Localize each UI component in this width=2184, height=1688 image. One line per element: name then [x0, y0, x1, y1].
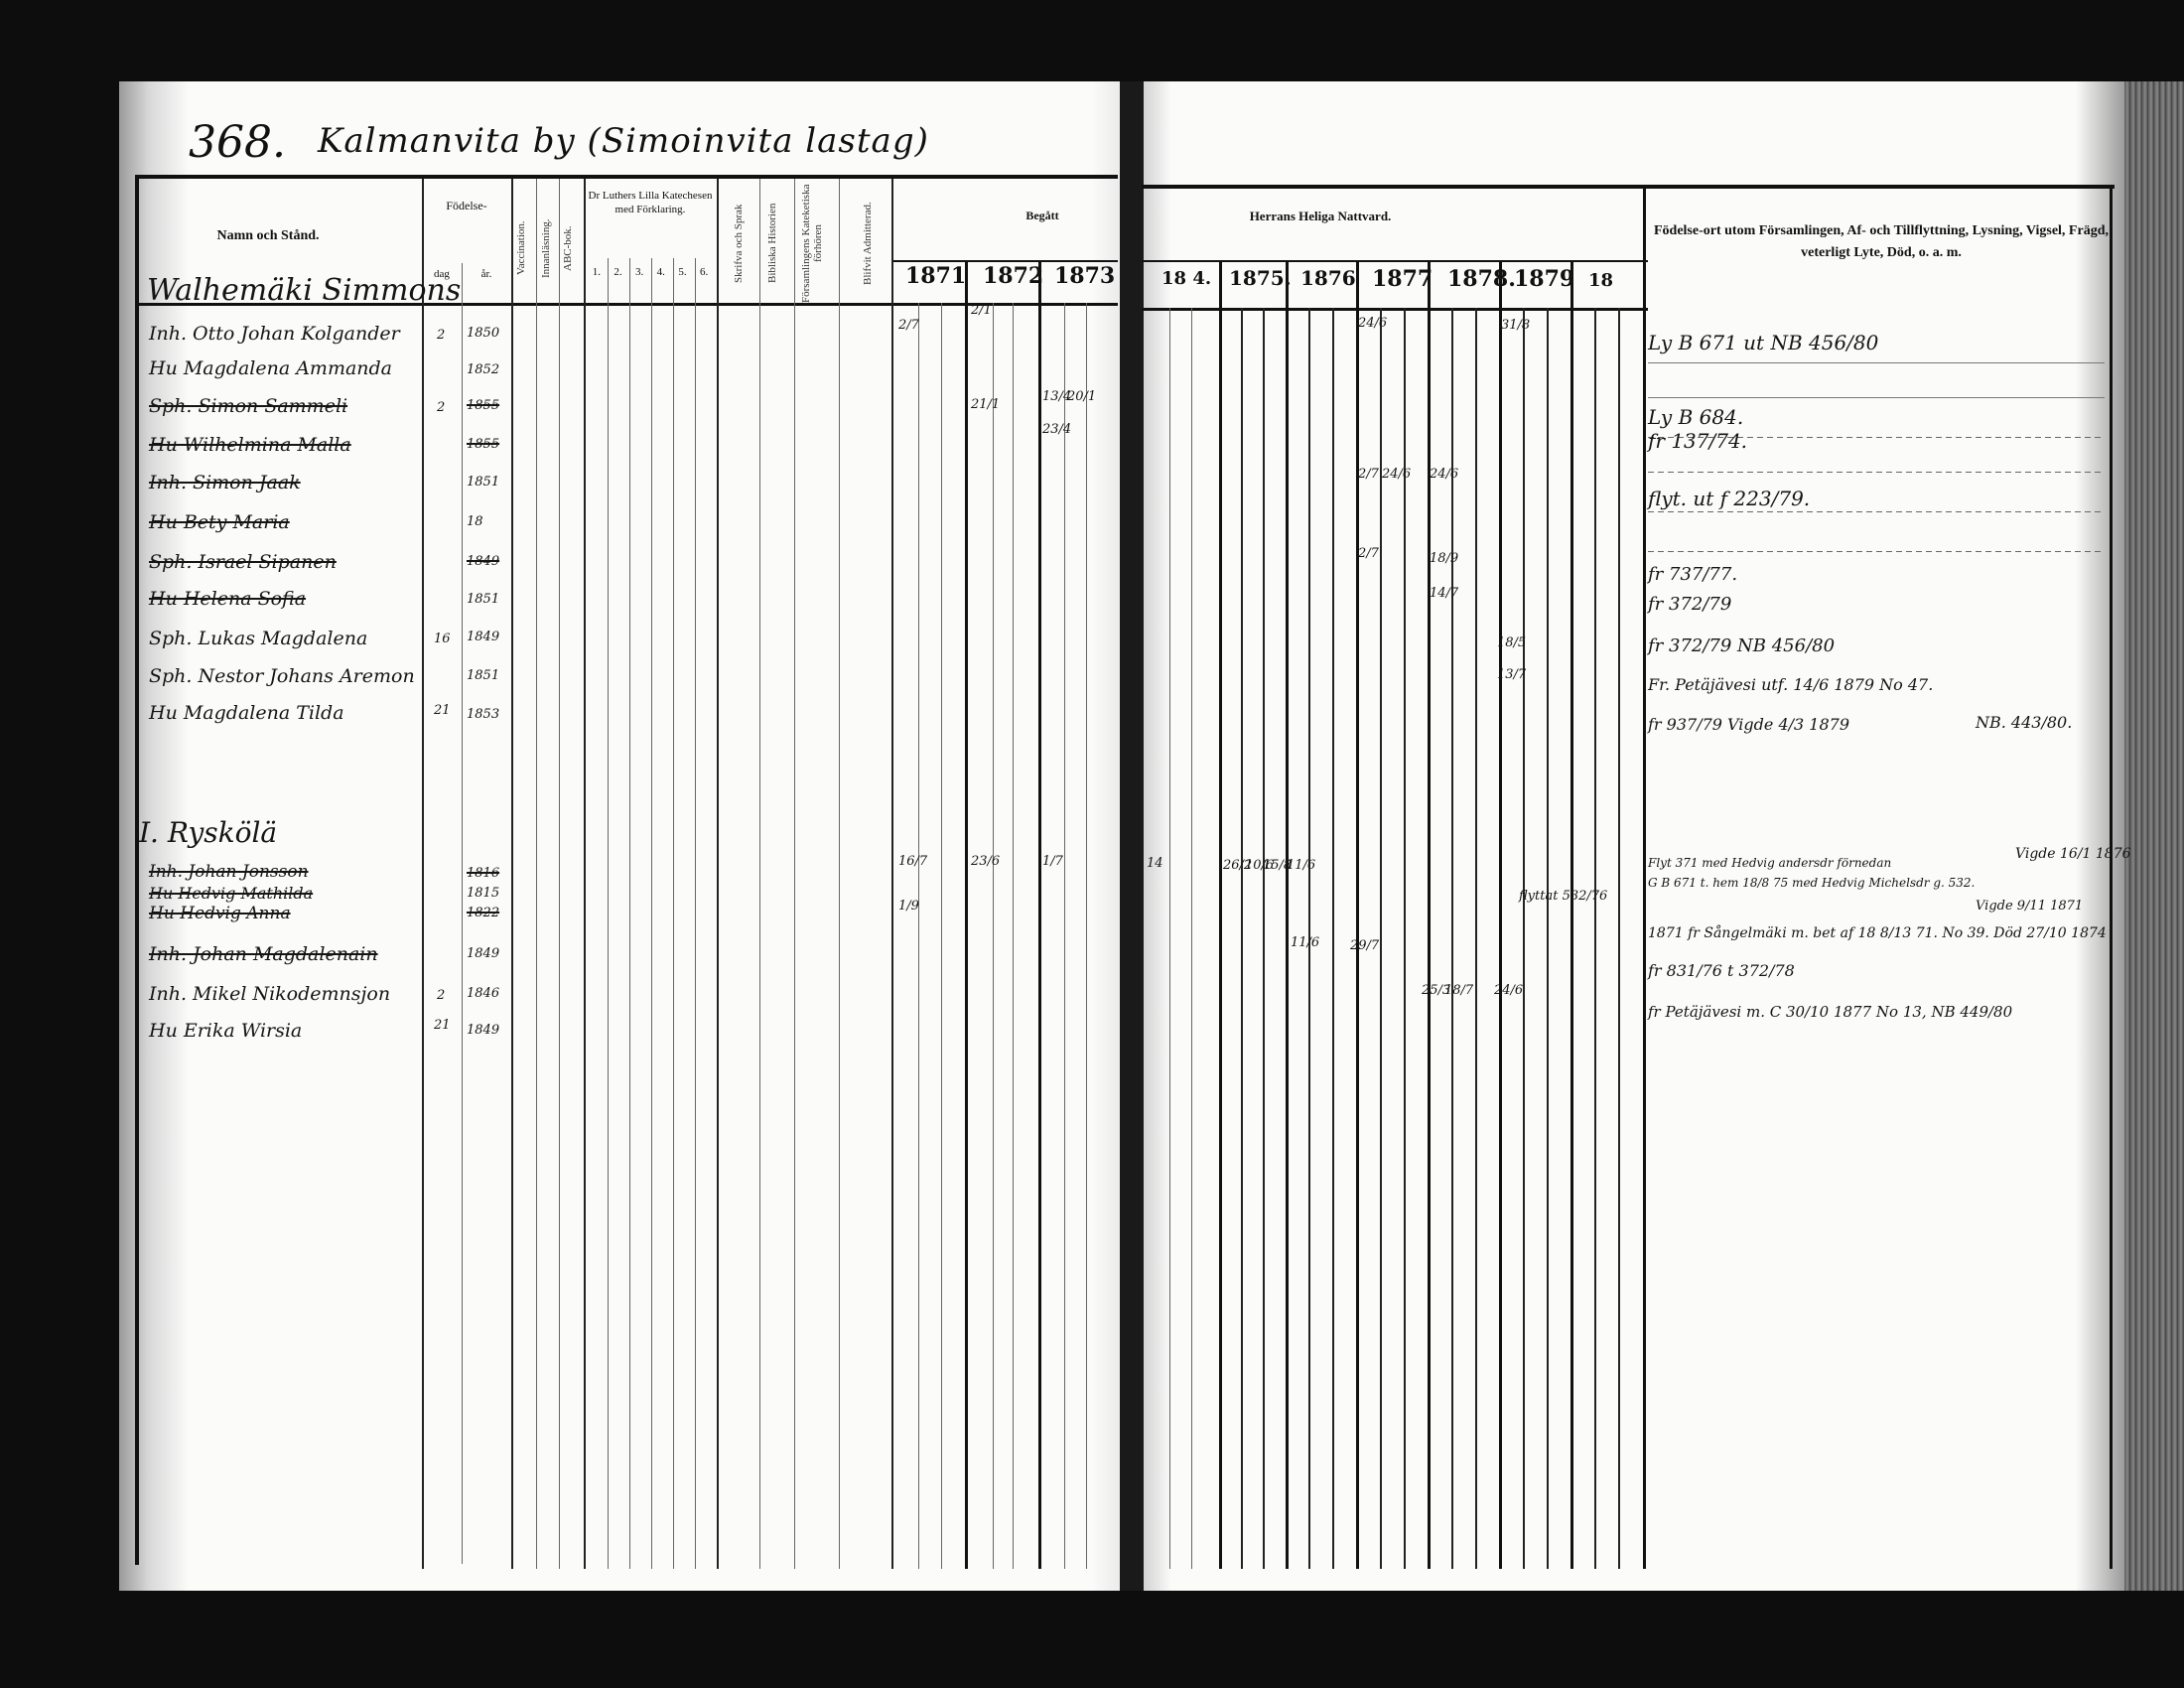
row-rule [1648, 511, 2105, 512]
col-line [462, 263, 463, 1564]
birth-year: 18 [467, 514, 483, 529]
bible-history-header: Bibliska Historien [766, 184, 778, 303]
birth-year: 1855 [467, 437, 499, 452]
birth-day: 21 [434, 703, 451, 718]
col-line [759, 179, 760, 1569]
begatt-header: Begått [1003, 209, 1082, 223]
catechism-part: 4. [657, 266, 665, 278]
remark: Ly B 671 ut NB 456/80 [1648, 331, 1878, 354]
col-line [1241, 308, 1243, 1569]
person-name: Hu Magdalena Ammanda [149, 357, 392, 379]
communion-mark: 1/9 [898, 899, 919, 914]
col-line [1191, 308, 1192, 1569]
person-name: Sph. Lukas Magdalena [149, 628, 367, 649]
col-line [1570, 260, 1573, 1569]
communion-mark: 2/7 [1358, 546, 1379, 561]
col-line [673, 258, 674, 1569]
birth-day: 2 [437, 328, 445, 343]
birth-year: 1851 [467, 592, 499, 607]
abc-header: ABC-bok. [562, 194, 574, 303]
person-name: Sph. Israel Sipanen [149, 551, 337, 573]
page-edges [2124, 81, 2184, 1591]
birth-column-header: Födelse- [422, 199, 511, 213]
remark: fr 831/76 t 372/78 [1648, 961, 1795, 980]
communion-mark: 14/7 [1430, 586, 1458, 601]
birth-year: 1851 [467, 475, 499, 490]
row-rule [1648, 397, 2105, 398]
year-1876: 1876 [1300, 266, 1356, 290]
col-line [1547, 308, 1549, 1569]
person-name: Hu Helena Sofia [149, 588, 306, 610]
person-name: Sph. Simon Sammeli [149, 395, 347, 417]
col-line [422, 179, 424, 1569]
birth-year: 1849 [467, 946, 499, 961]
catechism-part: 1. [593, 266, 601, 278]
household-heading: I. Ryskölä [139, 816, 277, 849]
col-line [1618, 308, 1620, 1569]
communion-mark: 31/8 [1501, 318, 1530, 333]
birth-day: 2 [437, 988, 445, 1003]
col-line [1523, 308, 1525, 1569]
person-name: Hu Bety Maria [149, 511, 290, 533]
birth-year-header: år. [467, 268, 506, 280]
birth-year: 1850 [467, 326, 499, 341]
col-line [584, 179, 586, 1569]
remark: 1871 fr Sångelmäki m. bet af 18 8/13 71.… [1648, 925, 2107, 941]
col-line [1499, 260, 1502, 1569]
communion-header: Herrans Heliga Nattvard. [1211, 209, 1430, 224]
header-top-rule [135, 175, 1118, 179]
communion-mark: 23/4 [1042, 422, 1071, 437]
birth-year: 1851 [467, 668, 499, 683]
year-1873: 1873 [1054, 263, 1115, 289]
year-1875: 1875. [1229, 266, 1292, 290]
remark: flyt. ut f 223/79. [1648, 487, 1810, 510]
remarks-left-border [1643, 185, 1646, 1569]
col-line [965, 260, 968, 1569]
communion-mark: 18/7 [1444, 983, 1473, 998]
communion-mark: 11/6 [1287, 858, 1315, 873]
begatt-year-rule [893, 260, 1118, 262]
year-18-blank: 18 [1588, 270, 1613, 291]
communion-mark: 2/7 [1358, 467, 1379, 482]
remark: G B 671 t. hem 18/8 75 med Hedvig Michel… [1648, 876, 1975, 890]
remark: Flyt 371 med Hedvig andersdr förnedan [1648, 856, 1891, 870]
remark: fr Petäjävesi m. C 30/10 1877 No 13, NB … [1648, 1003, 2012, 1021]
col-line [1086, 303, 1087, 1569]
communion-mark: 11/6 [1291, 935, 1319, 950]
page-title: Kalmanvita by (Simoinvita lastag) [318, 121, 929, 161]
col-line [629, 258, 630, 1569]
year-1879: 1879 [1514, 266, 1574, 292]
row-rule [1648, 362, 2105, 363]
communion-mark: 18/5 [1497, 635, 1526, 650]
col-line [918, 303, 919, 1569]
row-rule [1648, 551, 2105, 552]
birth-year: 1816 [467, 866, 499, 881]
person-name: Inh. Johan Jonsson [149, 862, 309, 882]
catechism-part: 6. [700, 266, 708, 278]
col-line [1380, 308, 1382, 1569]
communion-mark: 24/6 [1430, 467, 1458, 482]
col-line [695, 258, 696, 1569]
birth-year: 1822 [467, 906, 499, 920]
remark: flyttat 532/76 [1519, 889, 1607, 904]
row-rule [1648, 472, 2105, 473]
year-1872: 1872 [983, 263, 1043, 289]
catechism-header: Dr Luthers Lilla Katechesen med Förklari… [586, 189, 715, 216]
col-line [1475, 308, 1477, 1569]
communion-mark: 1/7 [1042, 854, 1063, 869]
communion-mark: 16/7 [898, 854, 927, 869]
col-line [1064, 303, 1065, 1569]
col-line [1169, 308, 1170, 1569]
birth-year: 1849 [467, 1023, 499, 1038]
reading-header: Innanläsning. [540, 194, 552, 303]
col-line [1404, 308, 1406, 1569]
remark: fr 372/79 [1648, 594, 1731, 615]
col-line [993, 303, 994, 1569]
birth-day: 2 [437, 400, 445, 415]
remark: fr 937/79 Vigde 4/3 1879 [1648, 715, 1849, 734]
person-name: Hu Hedvig Mathilda [149, 884, 313, 903]
person-name: Hu Hedvig Anna [149, 904, 291, 923]
remarks-right-border [2110, 185, 2113, 1569]
col-line [794, 179, 795, 1569]
remarks-header: Födelse-ort utom Församlingen, Af- och T… [1648, 220, 2115, 264]
remark: fr 372/79 NB 456/80 [1648, 635, 1835, 656]
communion-mark: 2/1 [971, 303, 992, 318]
vaccination-header: Vaccination. [515, 194, 527, 303]
admitted-header: Blifvit Admitterad. [862, 184, 874, 303]
catechism-part: 2. [614, 266, 621, 278]
remark: Vigde 9/11 1871 [1976, 899, 2083, 914]
col-line [941, 303, 942, 1569]
col-line [511, 179, 513, 1569]
household-heading: Walhemäki Simmons [147, 273, 461, 308]
birth-year: 1849 [467, 554, 499, 569]
person-name: Sph. Nestor Johans Aremon [149, 665, 415, 687]
remark: NB. 443/80. [1976, 713, 2072, 732]
col-line [1286, 260, 1289, 1569]
birth-year: 1852 [467, 362, 499, 377]
year-1871: 1871 [905, 263, 966, 289]
year-1874: 18 4. [1161, 268, 1211, 289]
col-line [651, 258, 652, 1569]
person-name: Hu Wilhelmina Malla [149, 434, 351, 456]
col-line [1038, 260, 1041, 1569]
col-line [1428, 260, 1431, 1569]
col-line [1332, 308, 1334, 1569]
person-name: Inh. Otto Johan Kolgander [149, 323, 400, 345]
catechism-part: 5. [678, 266, 686, 278]
writing-header: Skrifva och Sprak [733, 184, 745, 303]
communion-mark: 14 [1147, 856, 1163, 871]
year-1877: 1877 [1372, 266, 1433, 292]
col-line [891, 179, 893, 1569]
catechism-part: 3. [635, 266, 643, 278]
person-name: Inh. Mikel Nikodemnsjon [149, 983, 390, 1005]
communion-mark: 24/6 [1494, 983, 1523, 998]
remark: fr 137/74. [1648, 429, 1747, 453]
birth-year: 1849 [467, 630, 499, 644]
year-1878: 1878. [1447, 266, 1516, 292]
col-line [1451, 308, 1453, 1569]
name-column-header: Namn och Stånd. [179, 228, 357, 244]
communion-mark: 23/6 [971, 854, 1000, 869]
col-line [1013, 303, 1014, 1569]
header-top-rule-right [1142, 185, 2115, 189]
communion-mark: 24/6 [1358, 316, 1387, 331]
book-spine [1120, 81, 1144, 1591]
communion-mark: 20/1 [1067, 389, 1096, 404]
birth-year: 1846 [467, 986, 499, 1001]
person-name: Inh. Johan Magdalenain [149, 943, 378, 965]
remark: Vigde 16/1 1876 [2015, 846, 2131, 862]
col-line [717, 179, 719, 1569]
communion-mark: 29/7 [1350, 938, 1379, 953]
communion-mark: 18/9 [1430, 551, 1458, 566]
col-line [1356, 260, 1359, 1569]
col-line [608, 258, 609, 1569]
person-name: Hu Erika Wirsia [149, 1020, 302, 1042]
remark: fr 737/77. [1648, 564, 1737, 585]
col-line [536, 179, 537, 1569]
col-line [839, 179, 840, 1569]
birth-day: 21 [434, 1018, 451, 1033]
left-border [135, 175, 139, 1565]
communion-mark: 24/6 [1382, 467, 1411, 482]
birth-year: 1855 [467, 398, 499, 413]
birth-year: 1853 [467, 707, 499, 722]
col-line [1219, 260, 1222, 1569]
birth-day: 16 [434, 632, 451, 646]
person-name: Inh. Simon Jaak [149, 472, 301, 493]
communion-mark: 2/7 [898, 318, 919, 333]
remark: Fr. Petäjävesi utf. 14/6 1879 No 47. [1648, 675, 1933, 694]
communion-mark: 21/1 [971, 397, 1000, 412]
person-name: Hu Magdalena Tilda [149, 702, 344, 724]
catechism-exam-header: Församlingens Kateketiska förhören [800, 184, 824, 303]
col-line [1263, 308, 1265, 1569]
remark: Ly B 684. [1648, 405, 1743, 429]
page-number: 368. [189, 117, 286, 168]
col-line [1594, 308, 1596, 1569]
birth-year: 1815 [467, 886, 499, 901]
communion-mark: 13/7 [1497, 667, 1526, 682]
col-line [559, 179, 560, 1569]
